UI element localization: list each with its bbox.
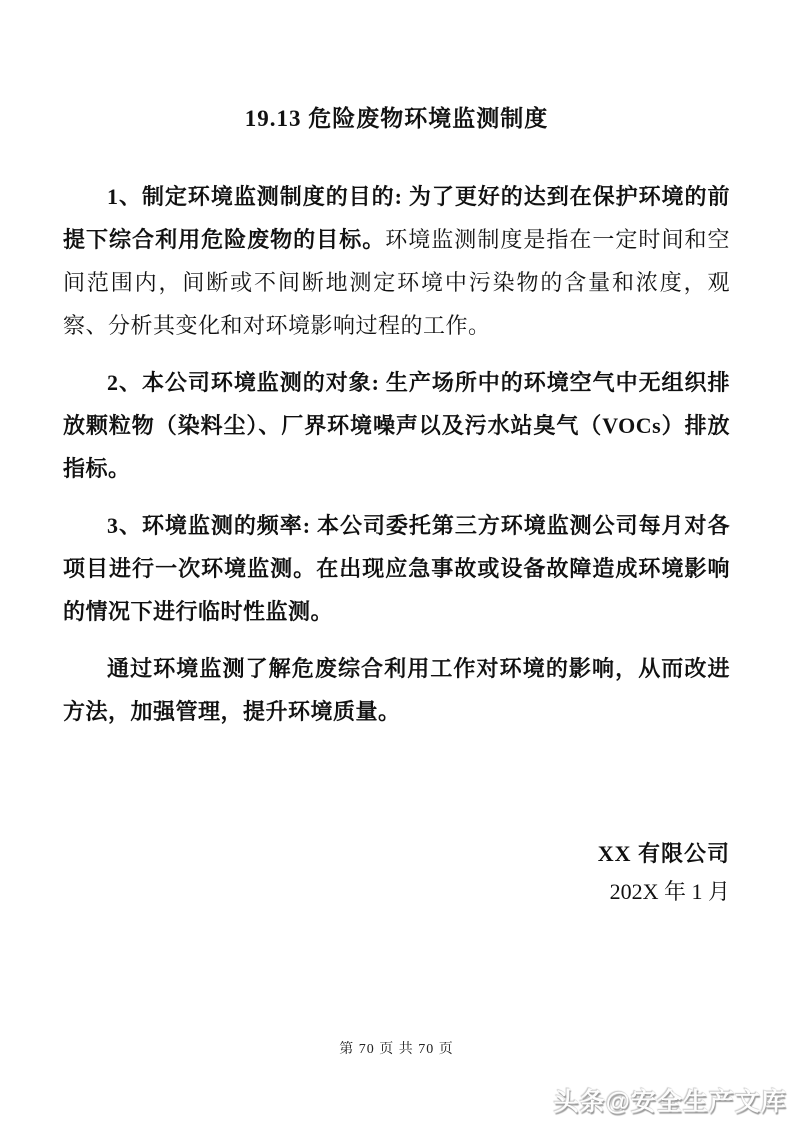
paragraph-lead: 3、环境监测的频率: 本公司委托第三方环境监测公司每月对各项目进行一次环境监测。… (63, 513, 730, 624)
paragraph-conclusion: 通过环境监测了解危废综合利用工作对环境的影响，从而改进方法，加强管理，提升环境质… (63, 647, 730, 733)
paragraph-monitoring-objects: 2、本公司环境监测的对象: 生产场所中的环境空气中无组织排放颗粒物（染料尘）、厂… (63, 361, 730, 490)
signature-company: XX 有限公司 (63, 835, 730, 873)
page-number-footer: 第 70 页 共 70 页 (0, 1038, 793, 1058)
signature-date: 202X 年 1 月 (63, 873, 730, 911)
document-title: 19.13 危险废物环境监测制度 (63, 103, 730, 135)
signature-block: XX 有限公司 202X 年 1 月 (63, 835, 730, 911)
document-content: 19.13 危险废物环境监测制度 1、制定环境监测制度的目的: 为了更好的达到在… (63, 0, 730, 911)
paragraph-monitoring-frequency: 3、环境监测的频率: 本公司委托第三方环境监测公司每月对各项目进行一次环境监测。… (63, 504, 730, 633)
paragraph-lead: 通过环境监测了解危废综合利用工作对环境的影响，从而改进方法，加强管理，提升环境质… (63, 656, 730, 724)
paragraph-lead: 2、本公司环境监测的对象: 生产场所中的环境空气中无组织排放颗粒物（染料尘）、厂… (63, 370, 730, 481)
watermark-text: 头条@安全生产文库 (554, 1082, 787, 1118)
document-page: 19.13 危险废物环境监测制度 1、制定环境监测制度的目的: 为了更好的达到在… (0, 0, 793, 1122)
paragraph-purpose: 1、制定环境监测制度的目的: 为了更好的达到在保护环境的前提下综合利用危险废物的… (63, 175, 730, 347)
